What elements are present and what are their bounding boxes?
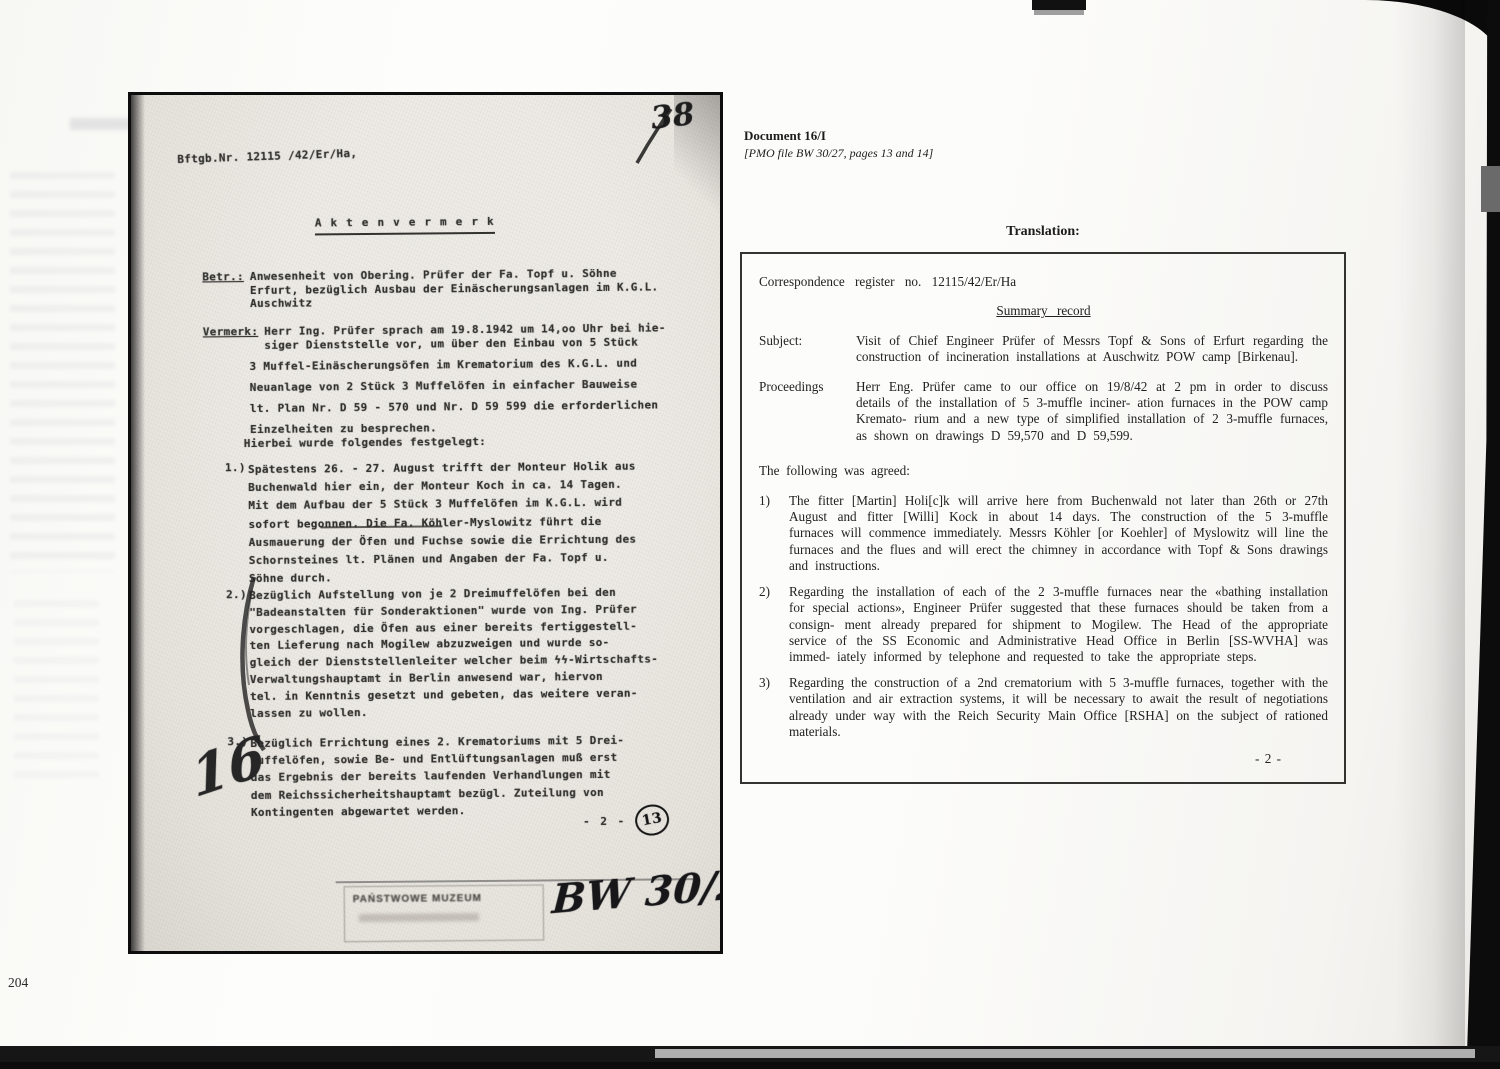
summary-record-text: Summary record bbox=[996, 303, 1090, 318]
page-edge-shading bbox=[1395, 0, 1465, 1048]
proceedings-row: Proceedings Herr Eng. Prüfer came to our… bbox=[759, 379, 1328, 445]
document-label: Document 16/I bbox=[744, 128, 933, 144]
item-text: The fitter [Martin] Holi[c]k will arrive… bbox=[789, 493, 1328, 575]
page-clip bbox=[1032, 0, 1086, 10]
proceedings-text: Herr Eng. Prüfer came to our office on 1… bbox=[856, 379, 1328, 445]
item-text: Regarding the installation of each of th… bbox=[789, 584, 1328, 666]
subject-label: Subject: bbox=[759, 333, 856, 366]
proceedings-label: Proceedings bbox=[759, 379, 856, 445]
checkmark-stroke bbox=[637, 109, 671, 163]
item-number: 2) bbox=[759, 584, 789, 666]
translation-page-marker: - 2 - bbox=[759, 751, 1328, 767]
page-number: 204 bbox=[8, 975, 28, 991]
right-strip-highlight bbox=[1481, 166, 1500, 212]
translation-item-1: 1) The fitter [Martin] Holi[c]k will arr… bbox=[759, 493, 1328, 575]
page-clip-shadow bbox=[1034, 10, 1084, 15]
book-bottom-edge bbox=[0, 1046, 1500, 1069]
translation-box: Correspondence register no. 12115/42/Er/… bbox=[740, 252, 1346, 784]
translation-item-3: 3) Regarding the construction of a 2nd c… bbox=[759, 675, 1328, 741]
pen-marks-overlay bbox=[131, 95, 720, 951]
translation-item-2: 2) Regarding the installation of each of… bbox=[759, 584, 1328, 666]
document-photo-paper: Bftgb.Nr. 12115 /42/Er/Ha, 38 A k t e n … bbox=[131, 95, 720, 951]
book-edge-highlight bbox=[655, 1049, 1475, 1058]
agreed-intro-line: The following was agreed: bbox=[759, 463, 1328, 479]
subject-row: Subject: Visit of Chief Engineer Prüfer … bbox=[759, 333, 1328, 366]
item-text: Regarding the construction of a 2nd crem… bbox=[789, 675, 1328, 741]
translation-heading: Translation: bbox=[740, 224, 1346, 240]
file-note: [PMO file BW 30/27, pages 13 and 14] bbox=[744, 146, 933, 161]
book-edge-dark bbox=[0, 1062, 1500, 1069]
summary-record-title: Summary record bbox=[759, 303, 1328, 319]
item-number: 3) bbox=[759, 675, 789, 741]
subject-text: Visit of Chief Engineer Prüfer of Messrs… bbox=[856, 333, 1328, 366]
document-photo-frame: Bftgb.Nr. 12115 /42/Er/Ha, 38 A k t e n … bbox=[128, 92, 723, 954]
item-number: 1) bbox=[759, 493, 789, 575]
book-page-scan: { "page": { "number": "204" }, "header":… bbox=[0, 0, 1500, 1069]
correspondence-register-line: Correspondence register no. 12115/42/Er/… bbox=[759, 274, 1328, 290]
document-header: Document 16/I [PMO file BW 30/27, pages … bbox=[744, 128, 933, 161]
